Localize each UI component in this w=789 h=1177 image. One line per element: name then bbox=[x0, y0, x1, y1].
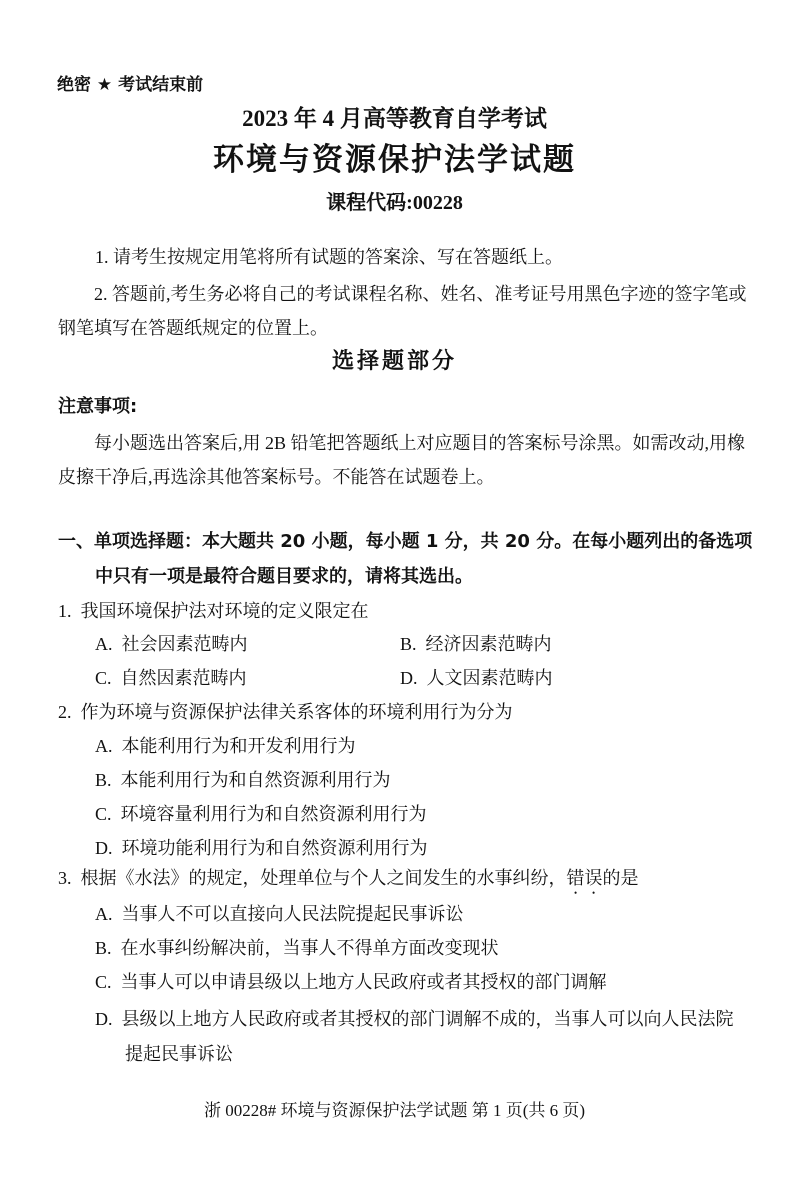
question-number: 2. bbox=[58, 702, 72, 722]
question-number: 1. bbox=[58, 601, 72, 621]
question-2-option-c: C.环境容量利用行为和自然资源利用行为 bbox=[95, 800, 427, 826]
question-1-option-d: D.人文因素范畴内 bbox=[400, 664, 553, 690]
part-heading: 选择题部分 bbox=[0, 344, 789, 375]
question-1-option-b: B.经济因素范畴内 bbox=[400, 630, 552, 656]
question-text-suffix: 的是 bbox=[603, 868, 639, 888]
option-text: 经济因素范畴内 bbox=[426, 634, 552, 654]
option-text: 人文因素范畴内 bbox=[427, 668, 553, 688]
option-label: C. bbox=[95, 668, 112, 688]
question-3-option-c: C.当事人可以申请县级以上地方人民政府或者其授权的部门调解 bbox=[95, 968, 607, 994]
option-text: 社会因素范畴内 bbox=[122, 634, 248, 654]
option-label: B. bbox=[95, 938, 112, 958]
question-1-option-c: C.自然因素范畴内 bbox=[95, 664, 247, 690]
notice-label: 注意事项: bbox=[58, 392, 137, 418]
instruction-item-2: 2. 答题前,考生务必将自己的考试课程名称、姓名、准考证号用黑色字迹的签字笔或钢… bbox=[58, 277, 762, 345]
question-text: 我国环境保护法对环境的定义限定在 bbox=[81, 601, 369, 621]
option-label: B. bbox=[400, 634, 417, 654]
option-text: 在水事纠纷解决前，当事人不得单方面改变现状 bbox=[121, 938, 499, 958]
question-3-option-a: A.当事人不可以直接向人民法院提起民事诉讼 bbox=[95, 900, 464, 926]
page-footer: 浙 00228# 环境与资源保护法学试题 第 1 页(共 6 页) bbox=[0, 1096, 789, 1121]
question-number: 3. bbox=[58, 868, 72, 888]
notice-text: 每小题选出答案后,用 2B 铅笔把答题纸上对应题目的答案标号涂黑。如需改动,用橡… bbox=[58, 426, 762, 494]
option-label: D. bbox=[95, 1009, 113, 1029]
section-heading: 一、单项选择题：本大题共 20 小题，每小题 1 分，共 20 分。在每小题列出… bbox=[58, 524, 770, 594]
exam-session-title: 2023 年 4 月高等教育自学考试 bbox=[0, 100, 789, 133]
option-text: 环境功能利用行为和自然资源利用行为 bbox=[122, 838, 428, 858]
question-2-option-b: B.本能利用行为和自然资源利用行为 bbox=[95, 766, 391, 792]
question-1: 1.我国环境保护法对环境的定义限定在 bbox=[58, 597, 369, 623]
option-label: D. bbox=[95, 838, 113, 858]
question-text: 作为环境与资源保护法律关系客体的环境利用行为分为 bbox=[81, 702, 513, 722]
security-banner: 绝密 ★ 考试结束前 bbox=[57, 70, 203, 95]
option-text: 自然因素范畴内 bbox=[121, 668, 247, 688]
option-label: B. bbox=[95, 770, 112, 790]
option-text: 当事人可以申请县级以上地方人民政府或者其授权的部门调解 bbox=[121, 972, 607, 992]
option-text: 本能利用行为和开发利用行为 bbox=[122, 736, 356, 756]
option-label: D. bbox=[400, 668, 418, 688]
option-label: A. bbox=[95, 634, 113, 654]
question-3-option-d: D.县级以上地方人民政府或者其授权的部门调解不成的，当事人可以向人民法院提起民事… bbox=[95, 1002, 749, 1072]
option-label: A. bbox=[95, 904, 113, 924]
question-text-emphasis: 错误 bbox=[567, 868, 603, 888]
option-text: 本能利用行为和自然资源利用行为 bbox=[121, 770, 391, 790]
exam-subject-title: 环境与资源保护法学试题 bbox=[0, 134, 789, 179]
exam-paper-page: 绝密 ★ 考试结束前 2023 年 4 月高等教育自学考试 环境与资源保护法学试… bbox=[0, 0, 789, 1177]
question-3-option-b: B.在水事纠纷解决前，当事人不得单方面改变现状 bbox=[95, 934, 499, 960]
question-1-option-a: A.社会因素范畴内 bbox=[95, 630, 248, 656]
option-label: A. bbox=[95, 736, 113, 756]
instruction-item-1: 1. 请考生按规定用笔将所有试题的答案涂、写在答题纸上。 bbox=[95, 243, 563, 269]
option-text: 县级以上地方人民政府或者其授权的部门调解不成的，当事人可以向人民法院提起民事诉讼 bbox=[122, 1009, 734, 1064]
question-text-prefix: 根据《水法》的规定，处理单位与个人之间发生的水事纠纷， bbox=[81, 868, 567, 888]
question-2-option-a: A.本能利用行为和开发利用行为 bbox=[95, 732, 356, 758]
question-2: 2.作为环境与资源保护法律关系客体的环境利用行为分为 bbox=[58, 698, 513, 724]
option-text: 环境容量利用行为和自然资源利用行为 bbox=[121, 804, 427, 824]
question-2-option-d: D.环境功能利用行为和自然资源利用行为 bbox=[95, 834, 428, 860]
option-text: 当事人不可以直接向人民法院提起民事诉讼 bbox=[122, 904, 464, 924]
option-label: C. bbox=[95, 972, 112, 992]
course-code: 课程代码:00228 bbox=[0, 186, 789, 215]
option-label: C. bbox=[95, 804, 112, 824]
question-3: 3.根据《水法》的规定，处理单位与个人之间发生的水事纠纷，错误的是 bbox=[58, 864, 639, 898]
